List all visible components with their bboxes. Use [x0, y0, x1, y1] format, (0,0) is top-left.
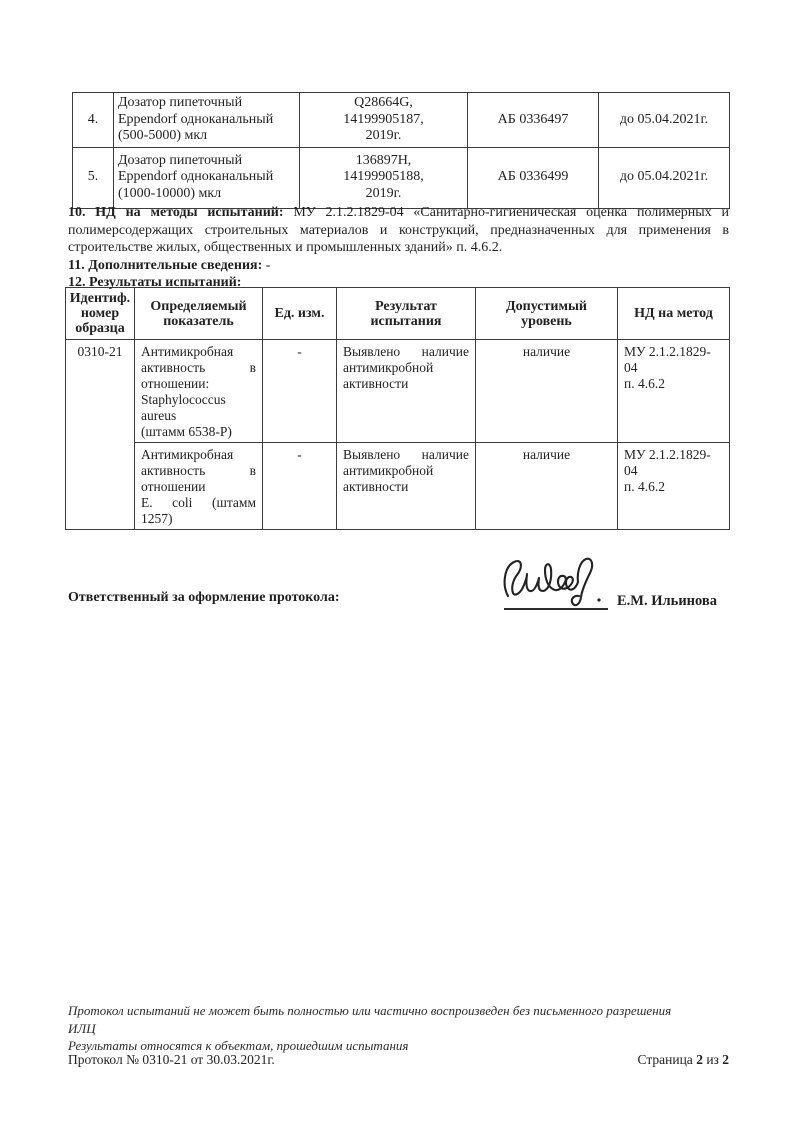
results-header-row: Идентиф. номер образца Определяемый пока…	[66, 288, 730, 340]
document-page: 4. Дозатор пипеточный Eppendorf однокана…	[0, 0, 800, 1132]
footer-page-word: Страница	[638, 1052, 693, 1067]
section-11: 11. Дополнительные сведения: -	[68, 258, 729, 274]
indicator-cell: Антимикробная активность в отношении: St…	[135, 340, 263, 443]
indicator-cell: Антимикробная активность в отношении E. …	[135, 443, 263, 530]
equip-number-cell: 4.	[73, 93, 114, 148]
unit-cell: -	[263, 340, 337, 443]
header-result: Результат испытания	[337, 288, 476, 340]
equipment-row: 4. Дозатор пипеточный Eppendorf однокана…	[73, 93, 730, 148]
section-11-value: -	[262, 258, 270, 273]
header-sample-id: Идентиф. номер образца	[66, 288, 135, 340]
result-cell: Выявлено наличие антимикробной активност…	[337, 340, 476, 443]
footer-page-current: 2	[696, 1052, 703, 1067]
method-cell: МУ 2.1.2.1829-04 п. 4.6.2	[618, 443, 730, 530]
results-table: Идентиф. номер образца Определяемый пока…	[65, 287, 730, 530]
signature-name: Е.М. Ильинова	[617, 593, 717, 610]
equipment-table: 4. Дозатор пипеточный Eppendorf однокана…	[72, 92, 730, 209]
header-method: НД на метод	[618, 288, 730, 340]
unit-cell: -	[263, 443, 337, 530]
results-row: 0310-21 Антимикробная активность в отнош…	[66, 340, 730, 443]
section-11-label: 11. Дополнительные сведения:	[68, 258, 262, 273]
allowed-level-cell: наличие	[476, 340, 618, 443]
footer-page-indicator: Страница 2 из 2	[638, 1052, 730, 1068]
sample-id-cell: 0310-21	[66, 340, 135, 530]
sections-block: 10. НД на методы испытаний: МУ 2.1.2.182…	[68, 204, 729, 291]
equip-name-cell: Дозатор пипеточный Eppendorf одноканальн…	[114, 93, 300, 148]
equip-validity-cell: до 05.04.2021г.	[599, 93, 730, 148]
section-10: 10. НД на методы испытаний: МУ 2.1.2.182…	[68, 204, 729, 257]
footnote-line-1: Протокол испытаний не может быть полност…	[68, 1002, 688, 1037]
method-cell: МУ 2.1.2.1829-04 п. 4.6.2	[618, 340, 730, 443]
equip-validity-cell: до 05.04.2021г.	[599, 147, 730, 208]
header-indicator: Определяемый показатель	[135, 288, 263, 340]
footer-of-word: из	[706, 1052, 719, 1067]
equip-serial-cell: 136897H, 14199905188, 2019г.	[300, 147, 468, 208]
signature-label: Ответственный за оформление протокола:	[68, 590, 340, 606]
allowed-level-cell: наличие	[476, 443, 618, 530]
equip-serial-cell: Q28664G, 14199905187, 2019г.	[300, 93, 468, 148]
equip-number-cell: 5.	[73, 147, 114, 208]
footer: Протокол № 0310-21 от 30.03.2021г. Стран…	[68, 1052, 729, 1068]
signature-line	[504, 608, 608, 610]
footnotes-block: Протокол испытаний не может быть полност…	[68, 1002, 688, 1055]
equip-cert-cell: АБ 0336499	[468, 147, 599, 208]
equip-cert-cell: АБ 0336497	[468, 93, 599, 148]
footer-page-total: 2	[722, 1052, 729, 1067]
signature-scribble	[498, 552, 613, 614]
section-10-label: 10. НД на методы испытаний:	[68, 205, 284, 220]
results-row: Антимикробная активность в отношении E. …	[66, 443, 730, 530]
equip-name-cell: Дозатор пипеточный Eppendorf одноканальн…	[114, 147, 300, 208]
equipment-row: 5. Дозатор пипеточный Eppendorf однокана…	[73, 147, 730, 208]
header-unit: Ед. изм.	[263, 288, 337, 340]
header-allowed-level: Допустимый уровень	[476, 288, 618, 340]
result-cell: Выявлено наличие антимикробной активност…	[337, 443, 476, 530]
footer-protocol-number: Протокол № 0310-21 от 30.03.2021г.	[68, 1052, 275, 1068]
